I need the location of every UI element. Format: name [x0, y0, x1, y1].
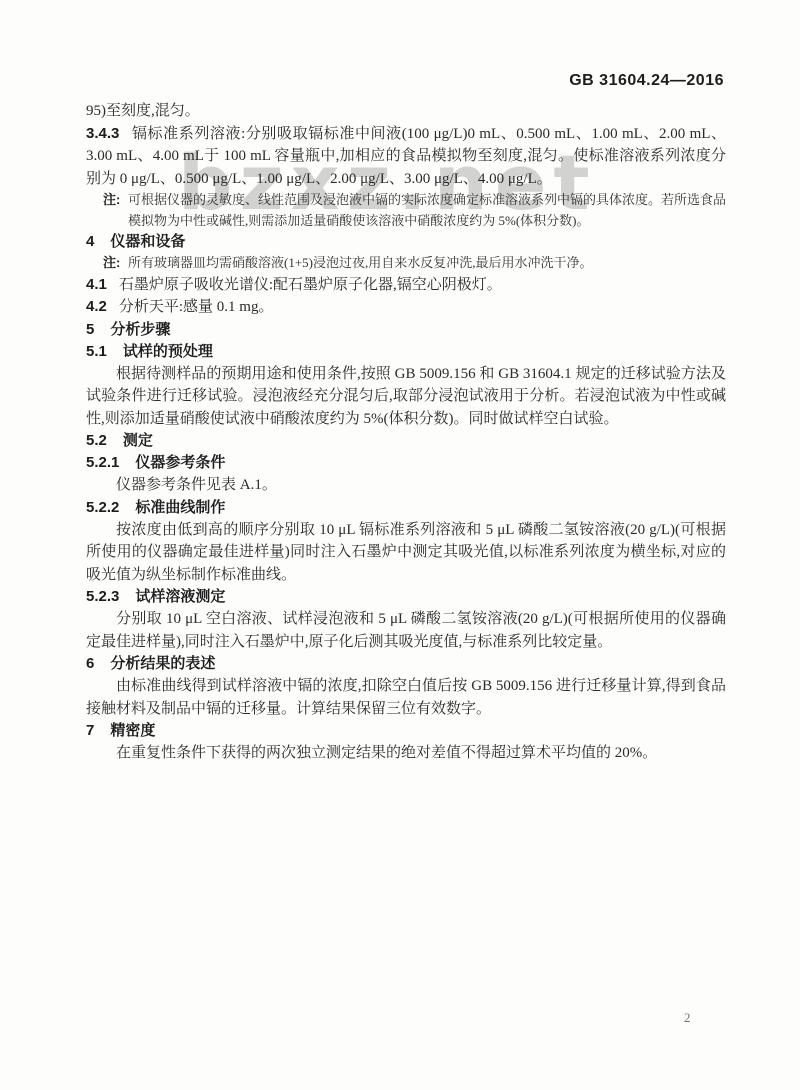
section-title: 试样的预处理: [123, 343, 213, 360]
paragraph-6: 由标准曲线得到试样溶液中镉的浓度,扣除空白值后按 GB 5009.156 进行迁…: [86, 675, 726, 720]
section-number: 5.2.3: [86, 588, 119, 605]
paragraph-5-2-3: 分别取 10 μL 空白溶液、试样浸泡液和 5 μL 磷酸二氢铵溶液(20 g/…: [86, 608, 726, 653]
section-title: 分析步骤: [110, 321, 170, 338]
paragraph-continuation: 95)至刻度,混匀。: [86, 100, 726, 123]
note-label: 注:: [103, 253, 120, 274]
section-number: 4: [86, 233, 94, 250]
section-title: 试样溶液测定: [135, 588, 225, 605]
paragraph-5-1: 根据待测样品的预期用途和使用条件,按照 GB 5009.156 和 GB 316…: [86, 363, 726, 431]
clause-3-4-3: 3.4.3镉标准系列溶液:分别吸取镉标准中间液(100 μg/L)0 mL、0.…: [86, 123, 726, 191]
document-body: 95)至刻度,混匀。 3.4.3镉标准系列溶液:分别吸取镉标准中间液(100 μ…: [86, 100, 726, 765]
section-heading-6: 6分析结果的表述: [86, 653, 726, 675]
subsection-heading-5-2-2: 5.2.2标准曲线制作: [86, 497, 726, 519]
section-heading-7: 7精密度: [86, 720, 726, 742]
note-text: 所有玻璃器皿均需硝酸溶液(1+5)浸泡过夜,用自来水反复冲洗,最后用水冲洗干净。: [128, 255, 593, 270]
section-title: 仪器和设备: [110, 233, 185, 250]
note-label: 注:: [103, 190, 120, 211]
clause-text: 分析天平:感量 0.1 mg。: [119, 299, 274, 315]
clause-text: 镉标准系列溶液:分别吸取镉标准中间液(100 μg/L)0 mL、0.500 m…: [86, 126, 726, 187]
section-heading-5: 5分析步骤: [86, 319, 726, 341]
section-number: 7: [86, 722, 94, 739]
note-glassware: 注:所有玻璃器皿均需硝酸溶液(1+5)浸泡过夜,用自来水反复冲洗,最后用水冲洗干…: [86, 253, 726, 274]
subsection-heading-5-2-1: 5.2.1仪器参考条件: [86, 452, 726, 474]
section-number: 5.2: [86, 432, 107, 449]
clause-number: 3.4.3: [86, 125, 119, 142]
note-standard-series: 注:可根据仪器的灵敏度、线性范围及浸泡液中镉的实际浓度确定标准溶液系列中镉的具体…: [86, 190, 726, 231]
paragraph-5-2-1: 仪器参考条件见表 A.1。: [86, 474, 726, 497]
clause-4-2: 4.2分析天平:感量 0.1 mg。: [86, 296, 726, 319]
note-text: 可根据仪器的灵敏度、线性范围及浸泡液中镉的实际浓度确定标准溶液系列中镉的具体浓度…: [128, 192, 726, 228]
section-number: 5.1: [86, 343, 107, 360]
section-number: 5: [86, 321, 94, 338]
section-title: 标准曲线制作: [135, 499, 225, 516]
section-number: 6: [86, 655, 94, 672]
paragraph-5-2-2: 按浓度由低到高的顺序分别取 10 μL 镉标准系列溶液和 5 μL 磷酸二氢铵溶…: [86, 519, 726, 587]
clause-4-1: 4.1石墨炉原子吸收光谱仪:配石墨炉原子化器,镉空心阴极灯。: [86, 274, 726, 297]
paragraph-7: 在重复性条件下获得的两次独立测定结果的绝对差值不得超过算术平均值的 20%。: [86, 742, 726, 765]
page-number: 2: [684, 1010, 691, 1026]
clause-number: 4.1: [86, 276, 107, 293]
subsection-heading-5-1: 5.1试样的预处理: [86, 341, 726, 363]
clause-number: 4.2: [86, 298, 107, 315]
section-number: 5.2.1: [86, 454, 119, 471]
document-page: GB 31604.24—2016 bzxz.net 95)至刻度,混匀。 3.4…: [0, 0, 800, 1090]
clause-text: 石墨炉原子吸收光谱仪:配石墨炉原子化器,镉空心阴极灯。: [119, 277, 502, 293]
section-title: 测定: [123, 432, 153, 449]
section-title: 仪器参考条件: [135, 454, 225, 471]
section-title: 精密度: [110, 722, 155, 739]
section-number: 5.2.2: [86, 499, 119, 516]
subsection-heading-5-2-3: 5.2.3试样溶液测定: [86, 586, 726, 608]
section-heading-4: 4仪器和设备: [86, 231, 726, 253]
standard-number-header: GB 31604.24—2016: [569, 72, 724, 90]
subsection-heading-5-2: 5.2测定: [86, 430, 726, 452]
section-title: 分析结果的表述: [110, 655, 215, 672]
